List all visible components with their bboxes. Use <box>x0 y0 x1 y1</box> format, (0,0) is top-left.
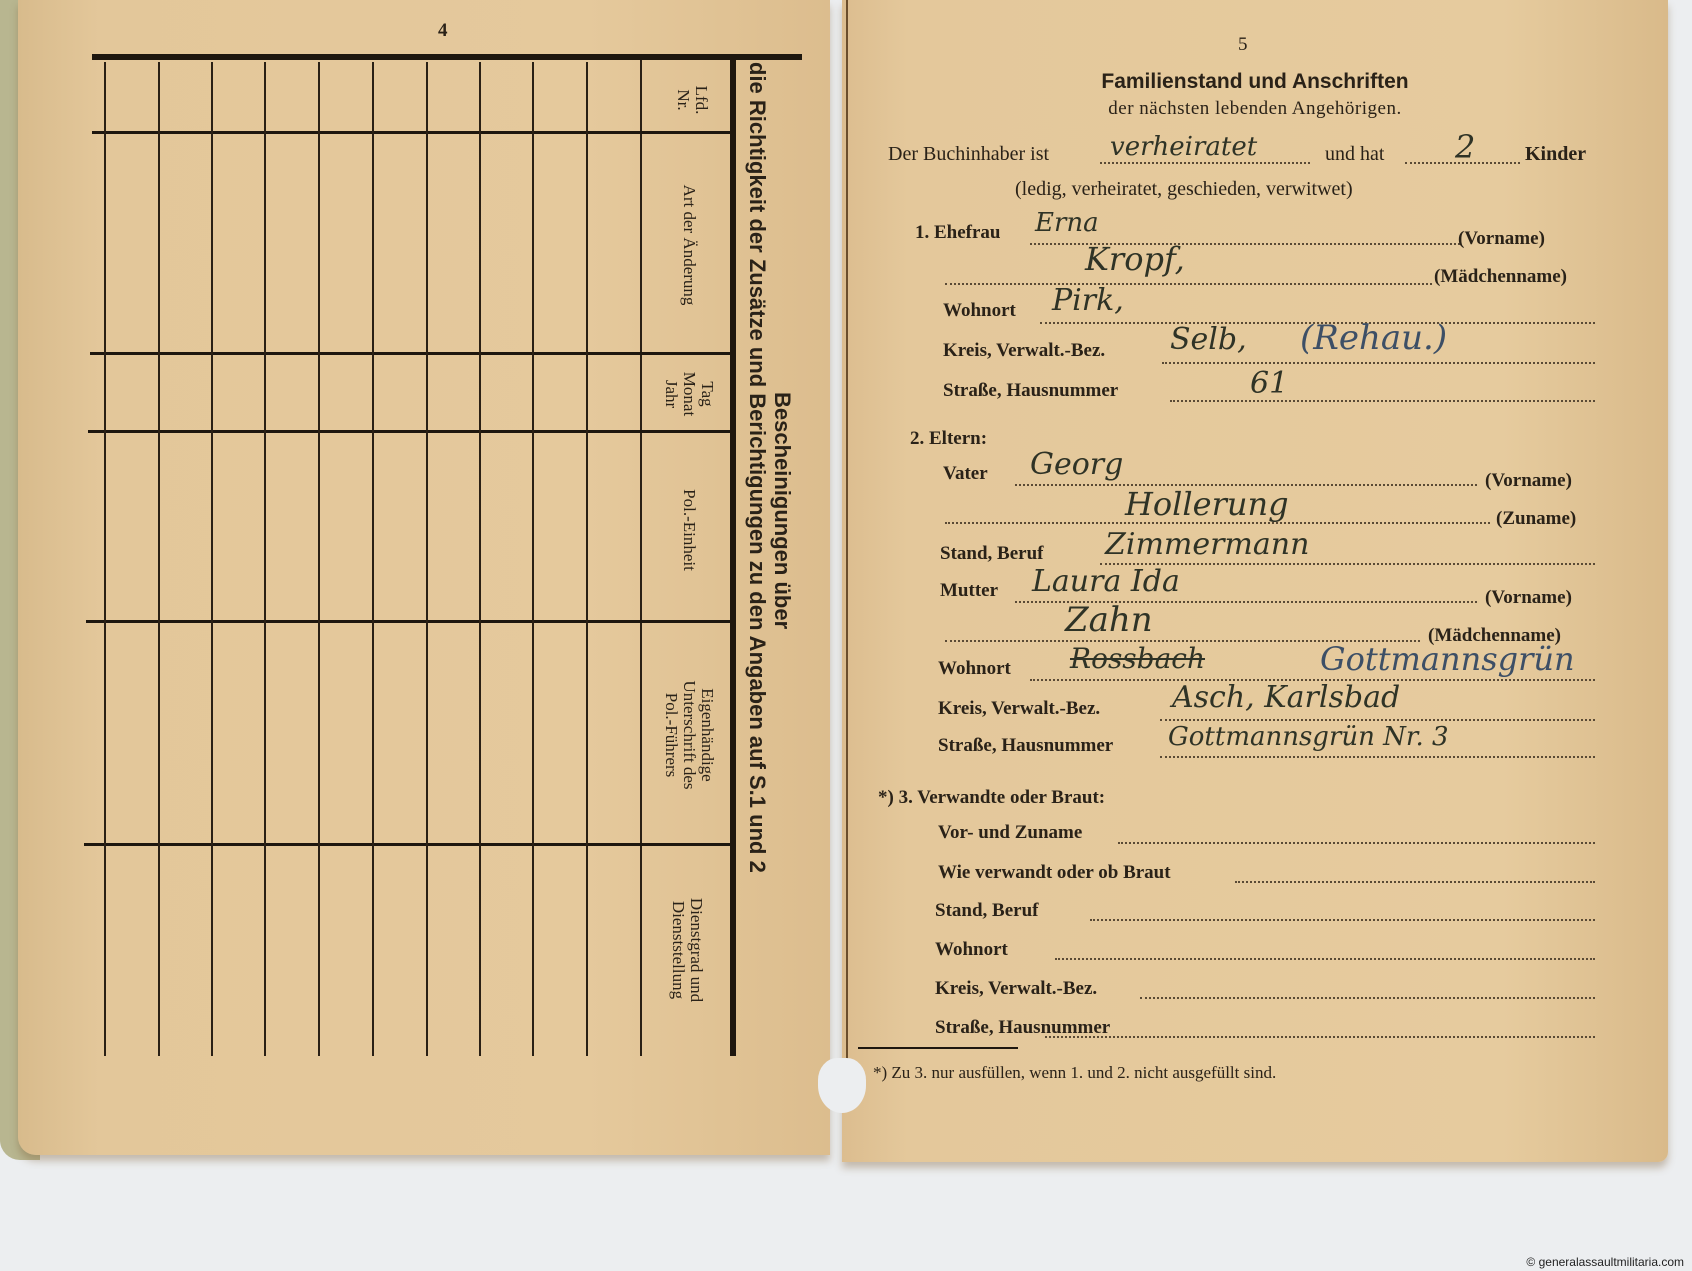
section3-field-line[interactable] <box>1235 881 1595 883</box>
vater-label: Vater <box>943 463 988 485</box>
eltern-strasse-label: Straße, Hausnummer <box>938 735 1113 757</box>
status-field-line <box>1100 162 1310 164</box>
table-top-rule <box>92 54 802 60</box>
entry-column-line <box>586 62 588 1056</box>
left-page-number: 4 <box>438 20 448 42</box>
section3-field-label: Vor- und Zuname <box>938 822 1082 844</box>
section3-field-line[interactable] <box>1045 1036 1595 1038</box>
ehefrau-vorname-value[interactable]: Erna <box>1035 208 1099 238</box>
column-header-dienstgrad: Dienstgrad und Dienststellung <box>669 850 705 1050</box>
table-title: Bescheinigungen über die Richtigkeit der… <box>744 62 795 1057</box>
footnote-rule <box>858 1047 1018 1049</box>
status-prefix: Der Buchinhaber ist <box>888 143 1049 166</box>
eltern-wohnort-label: Wohnort <box>938 658 1011 680</box>
vater-zuname-value[interactable]: Hollerung <box>1125 485 1289 523</box>
entry-column-line <box>211 62 213 1056</box>
row-rule <box>92 131 732 134</box>
column-header-unterschrift: Eigenhändige Unterschrift des Pol.-Führe… <box>662 630 716 840</box>
ehefrau-kreis-value[interactable]: Selb, <box>1170 322 1247 357</box>
section3-field-label: Wohnort <box>935 939 1008 961</box>
ehefrau-maedchenname-suffix: (Mädchenname) <box>1434 266 1567 288</box>
entry-column-line <box>532 62 534 1056</box>
right-page-number: 5 <box>1238 34 1248 56</box>
eltern-kreis-line <box>1160 719 1595 721</box>
section3-field-label: Kreis, Verwalt.-Bez. <box>935 978 1097 1000</box>
page-title: Familienstand und Anschriften <box>842 70 1668 94</box>
watermark: © generalassaultmilitaria.com <box>1526 1255 1684 1269</box>
beruf-label: Stand, Beruf <box>940 543 1043 565</box>
ehefrau-maedchenname-line <box>945 283 1432 285</box>
section3-field-label: Stand, Beruf <box>935 900 1038 922</box>
column-header-datum: Tag Monat Jahr <box>662 362 716 426</box>
entry-column-line <box>318 62 320 1056</box>
entry-column-line <box>426 62 428 1056</box>
ehefrau-kreis-label: Kreis, Verwalt.-Bez. <box>943 340 1105 362</box>
status-hint: (ledig, verheiratet, geschieden, verwitw… <box>1015 178 1353 201</box>
eltern-wohnort-value[interactable]: Gottmannsgrün <box>1320 640 1575 678</box>
ehefrau-kreis-line <box>1162 362 1595 364</box>
section3-heading: *) 3. Verwandte oder Braut: <box>878 787 1105 809</box>
table-heavy-border <box>730 58 736 1056</box>
table-title-line1: Bescheinigungen über <box>770 62 795 1057</box>
row-rule <box>88 430 732 433</box>
left-page <box>18 0 830 1155</box>
eltern-kreis-label: Kreis, Verwalt.-Bez. <box>938 698 1100 720</box>
eltern-kreis-value[interactable]: Asch, Karlsbad <box>1172 680 1400 715</box>
section3-field-label: Wie verwandt oder ob Braut <box>938 862 1171 884</box>
ehefrau-wohnort-label: Wohnort <box>943 300 1016 322</box>
entry-column-line <box>372 62 374 1056</box>
section3-field-line[interactable] <box>1118 842 1595 844</box>
section3-field-line[interactable] <box>1055 958 1595 960</box>
ehefrau-wohnort-value[interactable]: Pirk, <box>1052 283 1124 318</box>
section3-field-line[interactable] <box>1140 997 1595 999</box>
ehefrau-vorname-suffix: (Vorname) <box>1458 228 1545 250</box>
section1-heading: 1. Ehefrau <box>915 222 1001 244</box>
vater-zuname-suffix: (Zuname) <box>1496 508 1576 530</box>
ehefrau-maedchenname-value[interactable]: Kropf, <box>1085 240 1185 278</box>
ehefrau-strasse-line <box>1170 400 1595 402</box>
entry-column-line <box>158 62 160 1056</box>
eltern-wohnort-struck-value[interactable]: Rossbach <box>1070 642 1205 675</box>
mutter-maedchenname-value[interactable]: Zahn <box>1065 600 1153 640</box>
status-value[interactable]: verheiratet <box>1110 132 1257 162</box>
children-value[interactable]: 2 <box>1455 128 1475 166</box>
footnote: *) Zu 3. nur ausfüllen, wenn 1. und 2. n… <box>873 1063 1276 1083</box>
row-rule <box>86 620 732 623</box>
status-middle: und hat <box>1325 143 1384 166</box>
row-rule <box>90 352 732 355</box>
vater-vorname-suffix: (Vorname) <box>1485 470 1572 492</box>
ehefrau-kreis-value-pencil[interactable]: (Rehau.) <box>1300 318 1447 358</box>
page-subtitle: der nächsten lebenden Angehörigen. <box>842 98 1668 120</box>
header-separator <box>640 60 642 1056</box>
binding-gutter <box>846 0 848 1080</box>
column-header-lfd-nr: Lfd. Nr. <box>674 70 710 130</box>
beruf-value[interactable]: Zimmermann <box>1105 527 1309 562</box>
vater-vorname-value[interactable]: Georg <box>1030 447 1123 482</box>
table-title-line2: die Richtigkeit der Zusätze und Berichti… <box>744 62 769 1057</box>
section3-field-line[interactable] <box>1090 919 1595 921</box>
ehefrau-strasse-value[interactable]: 61 <box>1250 366 1288 401</box>
mutter-vorname-value[interactable]: Laura Ida <box>1032 564 1180 599</box>
eltern-strasse-value[interactable]: Gottmannsgrün Nr. 3 <box>1168 722 1449 752</box>
eltern-strasse-line <box>1160 756 1595 758</box>
entry-column-line <box>104 62 106 1056</box>
section2-heading: 2. Eltern: <box>910 428 987 450</box>
column-header-art-der-aenderung: Art der Änderung <box>680 140 698 350</box>
entry-column-line <box>264 62 266 1056</box>
row-rule <box>84 843 732 846</box>
mutter-label: Mutter <box>940 580 998 602</box>
mutter-vorname-suffix: (Vorname) <box>1485 587 1572 609</box>
entry-column-line <box>479 62 481 1056</box>
ehefrau-strasse-label: Straße, Hausnummer <box>943 380 1118 402</box>
page-tear <box>818 1058 866 1113</box>
status-suffix: Kinder <box>1525 143 1586 166</box>
column-header-pol-einheit: Pol.-Einheit <box>680 440 698 620</box>
